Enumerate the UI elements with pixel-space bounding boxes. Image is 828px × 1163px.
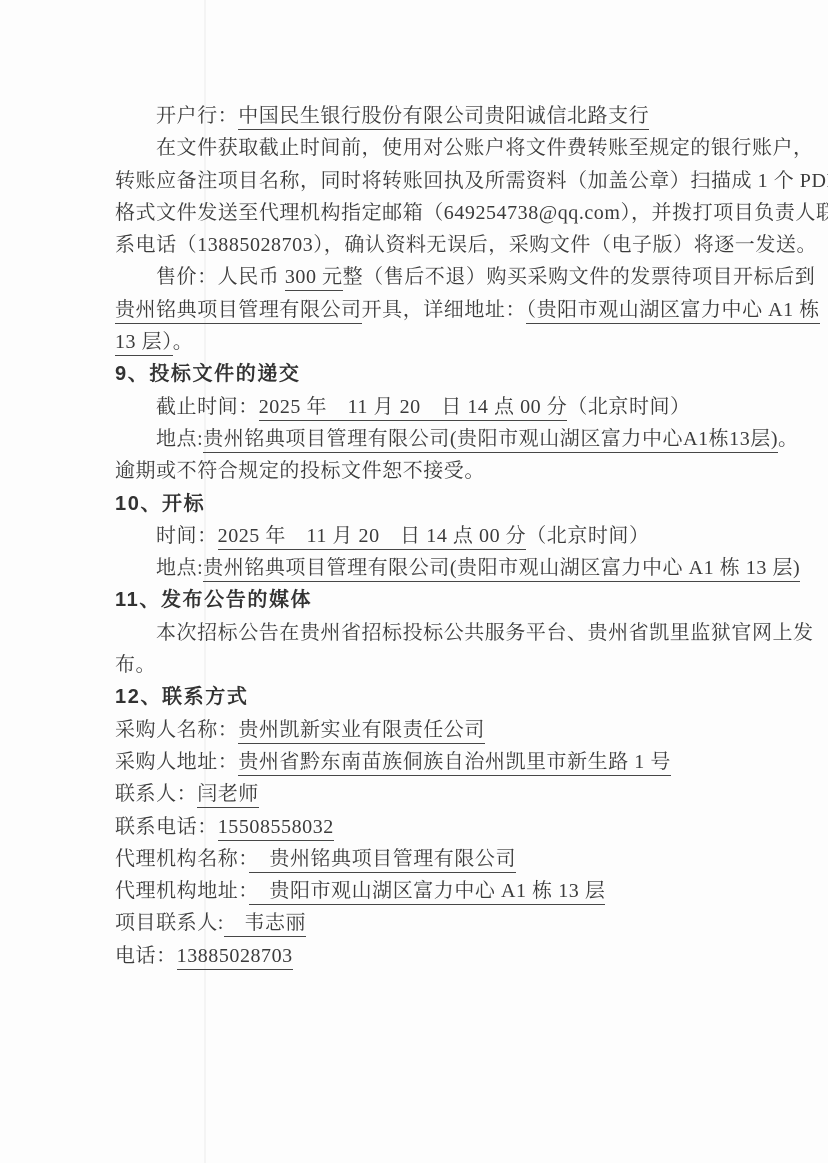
underlined-value: 2025 年 11 月 20 日 14 点 00 分 <box>218 525 527 550</box>
document-line: 格式文件发送至代理机构指定邮箱（649254738@qq.com），并拨打项目负… <box>115 197 720 229</box>
underlined-value: 贵州铭典项目管理有限公司(贵阳市观山湖区富力中心 A1 栋 13 层) <box>203 557 800 582</box>
text-run: 本次招标公告在贵州省招标投标公共服务平台、贵州省凯里监狱官网上发 <box>156 622 814 644</box>
document-line: 在文件获取截止时间前，使用对公账户将文件费转账至规定的银行账户， <box>115 132 720 164</box>
underlined-value: 300 元 <box>285 266 343 291</box>
underlined-value: （贵阳市观山湖区富力中心 A1 栋 <box>526 299 820 324</box>
text-run: 12、联系方式 <box>115 686 248 708</box>
text-run: 开具，详细地址： <box>362 299 526 321</box>
underlined-value: 13885028703 <box>177 945 293 970</box>
text-run: 系电话（13885028703），确认资料无误后，采购文件（电子版）将逐一发送。 <box>115 234 817 256</box>
document-line: 贵州铭典项目管理有限公司开具，详细地址：（贵阳市观山湖区富力中心 A1 栋 <box>115 294 720 326</box>
text-run: 开户行： <box>156 105 238 127</box>
text-run: （北京时间） <box>526 525 649 547</box>
underlined-value: 2025 年 11 月 20 日 14 点 00 分 <box>259 396 568 421</box>
document-line: 联系电话：15508558032 <box>115 811 720 843</box>
text-run: 代理机构地址： <box>115 880 249 902</box>
document-line: 转账应备注项目名称，同时将转账回执及所需资料（加盖公章）扫描成 1 个 PDF <box>115 165 720 197</box>
document-line: 地点:贵州铭典项目管理有限公司(贵阳市观山湖区富力中心 A1 栋 13 层) <box>115 552 720 584</box>
underlined-value: 韦志丽 <box>224 912 306 937</box>
text-run: 11、发布公告的媒体 <box>115 589 312 611</box>
document-line: 逾期或不符合规定的投标文件恕不接受。 <box>115 455 720 487</box>
document-line: 系电话（13885028703），确认资料无误后，采购文件（电子版）将逐一发送。 <box>115 229 720 261</box>
text-run: 转账应备注项目名称，同时将转账回执及所需资料（加盖公章）扫描成 1 个 PDF <box>115 170 828 192</box>
underlined-value: 贵州铭典项目管理有限公司(贵阳市观山湖区富力中心A1栋13层) <box>203 428 778 453</box>
underlined-value: 贵州铭典项目管理有限公司 <box>115 299 362 324</box>
document-line: 布。 <box>115 649 720 681</box>
text-run: 整（售后不退）购买采购文件的发票待项目开标后到 <box>343 266 816 288</box>
text-run: 联系电话： <box>115 816 218 838</box>
document-line: 采购人名称：贵州凯新实业有限责任公司 <box>115 714 720 746</box>
text-run: 10、开标 <box>115 493 205 515</box>
document-line: 联系人：闫老师 <box>115 778 720 810</box>
document-line: 电话：13885028703 <box>115 940 720 972</box>
document-line: 13 层）。 <box>115 326 720 358</box>
text-run: 时间： <box>156 525 218 547</box>
section-heading: 10、开标 <box>115 488 720 520</box>
text-run: 布。 <box>115 654 156 676</box>
document-line: 代理机构地址： 贵阳市观山湖区富力中心 A1 栋 13 层 <box>115 875 720 907</box>
scanned-document-page: 开户行：中国民生银行股份有限公司贵阳诚信北路支行在文件获取截止时间前，使用对公账… <box>0 0 828 1163</box>
section-heading: 9、投标文件的递交 <box>115 358 720 390</box>
section-heading: 12、联系方式 <box>115 681 720 713</box>
text-run: 。 <box>778 428 799 450</box>
text-run: 联系人： <box>115 783 197 805</box>
underlined-value: 贵阳市观山湖区富力中心 A1 栋 13 层 <box>249 880 606 905</box>
underlined-value: 贵州凯新实业有限责任公司 <box>238 719 485 744</box>
section-heading: 11、发布公告的媒体 <box>115 584 720 616</box>
text-run: 售价：人民币 <box>156 266 285 288</box>
text-run: （北京时间） <box>567 396 690 418</box>
text-run: 逾期或不符合规定的投标文件恕不接受。 <box>115 460 485 482</box>
underlined-value: 闫老师 <box>197 783 259 808</box>
underlined-value: 13 层） <box>115 331 173 356</box>
document-content: 开户行：中国民生银行股份有限公司贵阳诚信北路支行在文件获取截止时间前，使用对公账… <box>115 100 720 972</box>
text-run: 截止时间： <box>156 396 259 418</box>
text-run: 采购人地址： <box>115 751 238 773</box>
document-line: 时间：2025 年 11 月 20 日 14 点 00 分（北京时间） <box>115 520 720 552</box>
document-line: 采购人地址：贵州省黔东南苗族侗族自治州凯里市新生路 1 号 <box>115 746 720 778</box>
document-line: 地点:贵州铭典项目管理有限公司(贵阳市观山湖区富力中心A1栋13层)。 <box>115 423 720 455</box>
text-run: 代理机构名称： <box>115 848 249 870</box>
underlined-value: 贵州铭典项目管理有限公司 <box>249 848 516 873</box>
document-line: 截止时间：2025 年 11 月 20 日 14 点 00 分（北京时间） <box>115 391 720 423</box>
text-run: 。 <box>173 331 194 353</box>
document-line: 代理机构名称： 贵州铭典项目管理有限公司 <box>115 843 720 875</box>
text-run: 格式文件发送至代理机构指定邮箱（649254738@qq.com），并拨打项目负… <box>115 202 828 224</box>
text-run: 地点: <box>156 557 203 579</box>
text-run: 电话： <box>115 945 177 967</box>
underlined-value: 贵州省黔东南苗族侗族自治州凯里市新生路 1 号 <box>238 751 671 776</box>
text-run: 在文件获取截止时间前，使用对公账户将文件费转账至规定的银行账户， <box>156 137 814 159</box>
text-run: 9、投标文件的递交 <box>115 363 301 385</box>
document-line: 售价：人民币 300 元整（售后不退）购买采购文件的发票待项目开标后到 <box>115 261 720 293</box>
document-line: 本次招标公告在贵州省招标投标公共服务平台、贵州省凯里监狱官网上发 <box>115 617 720 649</box>
document-line: 开户行：中国民生银行股份有限公司贵阳诚信北路支行 <box>115 100 720 132</box>
text-run: 地点: <box>156 428 203 450</box>
text-run: 采购人名称： <box>115 719 238 741</box>
text-run: 项目联系人: <box>115 912 224 934</box>
underlined-value: 15508558032 <box>218 816 334 841</box>
document-line: 项目联系人: 韦志丽 <box>115 907 720 939</box>
underlined-value: 中国民生银行股份有限公司贵阳诚信北路支行 <box>238 105 649 130</box>
